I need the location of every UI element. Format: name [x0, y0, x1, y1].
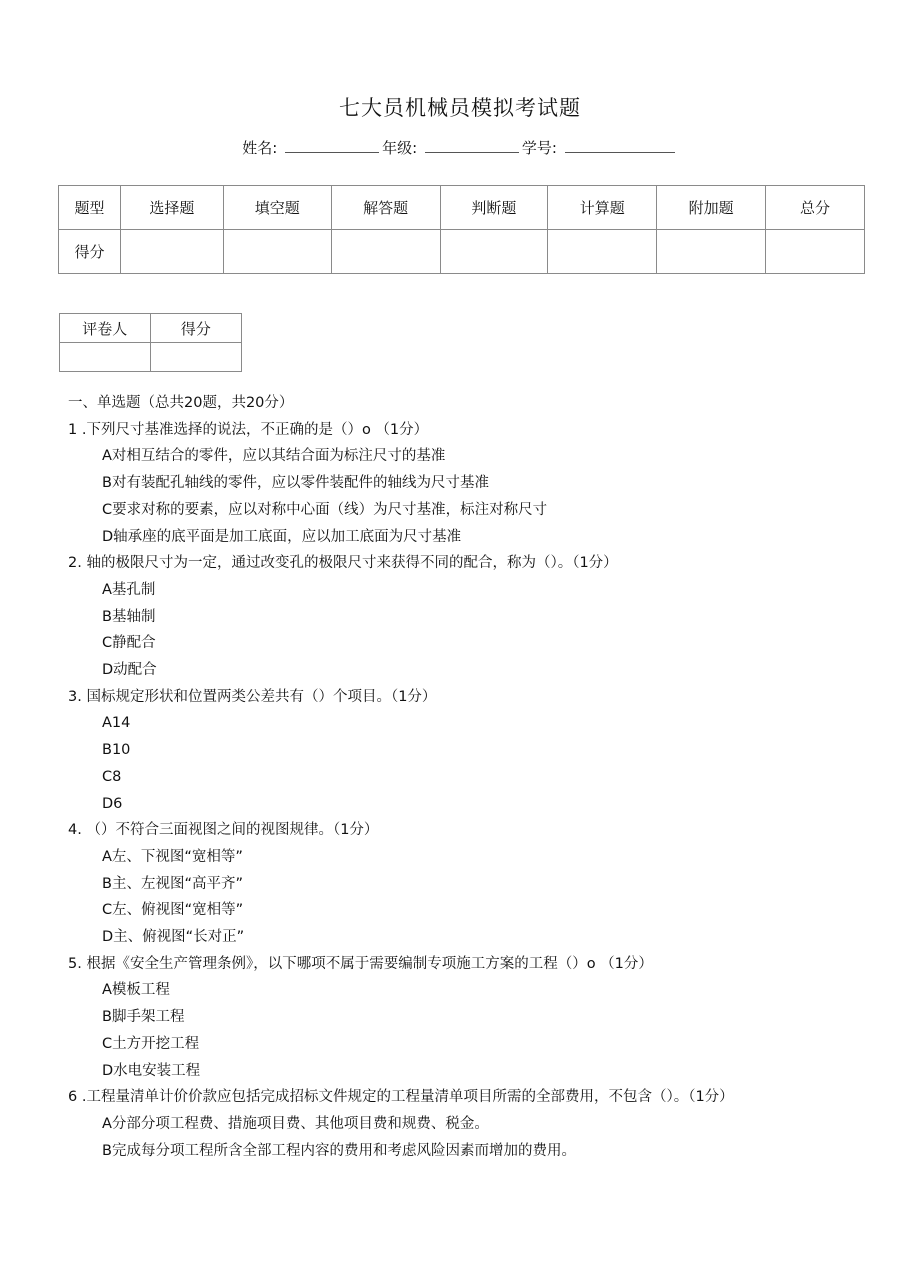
option-b: B对有装配孔轴线的零件，应以零件装配件的轴线为尺寸基准 — [68, 470, 734, 497]
student-id-label: 学号: — [522, 139, 557, 157]
option-d: D轴承座的底平面是加工底面，应以加工底面为尺寸基准 — [68, 524, 734, 551]
score-table-header-row: 题型 选择题 填空题 解答题 判断题 计算题 附加题 总分 — [59, 186, 865, 230]
student-info-line: 姓名: 年级: 学号: — [0, 137, 920, 158]
score-cell-bonus[interactable] — [657, 230, 766, 274]
score-cell-true-false[interactable] — [440, 230, 548, 274]
section-heading: 一、单选题（总共20题，共20分） — [68, 390, 734, 417]
option-b: B10 — [68, 737, 734, 764]
option-b: B基轴制 — [68, 604, 734, 631]
question-6: 6 .工程量清单计价价款应包括完成招标文件规定的工程量清单项目所需的全部费用，不… — [68, 1084, 734, 1164]
grader-score-cell[interactable] — [150, 343, 242, 372]
header-cell-total: 总分 — [766, 186, 865, 230]
question-stem: 3. 国标规定形状和位置两类公差共有（）个项目。（1分） — [68, 684, 734, 711]
header-cell-fill-blank: 填空题 — [223, 186, 331, 230]
question-stem: 5. 根据《安全生产管理条例》，以下哪项不属于需要编制专项施工方案的工程（）o … — [68, 951, 734, 978]
student-id-field[interactable] — [565, 138, 675, 153]
document-title: 七大员机械员模拟考试题 — [0, 92, 920, 122]
grade-field[interactable] — [425, 138, 519, 153]
score-table-score-row: 得分 — [59, 230, 865, 274]
score-cell-fill-blank[interactable] — [223, 230, 331, 274]
option-b: B主、左视图“高平齐” — [68, 871, 734, 898]
option-a: A14 — [68, 710, 734, 737]
option-a: A左、下视图“宽相等” — [68, 844, 734, 871]
option-d: D主、俯视图“长对正” — [68, 924, 734, 951]
header-cell-bonus: 附加题 — [657, 186, 766, 230]
option-a: A模板工程 — [68, 977, 734, 1004]
option-b: B完成每分项工程所含全部工程内容的费用和考虑风险因素而增加的费用。 — [68, 1138, 734, 1165]
name-field[interactable] — [285, 138, 379, 153]
question-stem: 2. 轴的极限尺寸为一定，通过改变孔的极限尺寸来获得不同的配合，称为（）。（1分… — [68, 550, 734, 577]
question-3: 3. 国标规定形状和位置两类公差共有（）个项目。（1分） A14 B10 C8 … — [68, 684, 734, 818]
option-d: D6 — [68, 791, 734, 818]
grader-header: 评卷人 — [60, 314, 151, 343]
grader-cell[interactable] — [60, 343, 151, 372]
header-cell-type: 题型 — [59, 186, 121, 230]
header-cell-choice: 选择题 — [120, 186, 223, 230]
option-a: A对相互结合的零件，应以其结合面为标注尺寸的基准 — [68, 443, 734, 470]
header-cell-answer: 解答题 — [331, 186, 440, 230]
question-stem: 1 .下列尺寸基准选择的说法，不正确的是（）o （1分） — [68, 417, 734, 444]
score-table: 题型 选择题 填空题 解答题 判断题 计算题 附加题 总分 得分 — [58, 185, 865, 274]
option-c: C土方开挖工程 — [68, 1031, 734, 1058]
score-cell-choice[interactable] — [120, 230, 223, 274]
grader-score-header: 得分 — [150, 314, 242, 343]
question-1: 1 .下列尺寸基准选择的说法，不正确的是（）o （1分） A对相互结合的零件，应… — [68, 417, 734, 551]
question-section: 一、单选题（总共20题，共20分） 1 .下列尺寸基准选择的说法，不正确的是（）… — [68, 390, 734, 1164]
question-4: 4. （）不符合三面视图之间的视图规律。（1分） A左、下视图“宽相等” B主、… — [68, 817, 734, 951]
name-label: 姓名: — [242, 139, 277, 157]
grade-label: 年级: — [382, 139, 417, 157]
option-c: C8 — [68, 764, 734, 791]
option-c: C静配合 — [68, 630, 734, 657]
question-stem: 6 .工程量清单计价价款应包括完成招标文件规定的工程量清单项目所需的全部费用，不… — [68, 1084, 734, 1111]
option-d: D动配合 — [68, 657, 734, 684]
grader-table-header-row: 评卷人 得分 — [60, 314, 242, 343]
option-a: A基孔制 — [68, 577, 734, 604]
option-a: A分部分项工程费、措施项目费、其他项目费和规费、税金。 — [68, 1111, 734, 1138]
option-b: B脚手架工程 — [68, 1004, 734, 1031]
score-cell-calculation[interactable] — [548, 230, 657, 274]
score-cell-total[interactable] — [766, 230, 865, 274]
header-cell-true-false: 判断题 — [440, 186, 548, 230]
score-cell-answer[interactable] — [331, 230, 440, 274]
option-c: C要求对称的要素，应以对称中心面（线）为尺寸基准，标注对称尺寸 — [68, 497, 734, 524]
question-2: 2. 轴的极限尺寸为一定，通过改变孔的极限尺寸来获得不同的配合，称为（）。（1分… — [68, 550, 734, 684]
question-5: 5. 根据《安全生产管理条例》，以下哪项不属于需要编制专项施工方案的工程（）o … — [68, 951, 734, 1085]
grader-table-value-row — [60, 343, 242, 372]
option-d: D水电安装工程 — [68, 1058, 734, 1085]
question-stem: 4. （）不符合三面视图之间的视图规律。（1分） — [68, 817, 734, 844]
header-cell-calculation: 计算题 — [548, 186, 657, 230]
score-row-label: 得分 — [59, 230, 121, 274]
option-c: C左、俯视图“宽相等” — [68, 897, 734, 924]
grader-table: 评卷人 得分 — [59, 313, 242, 372]
